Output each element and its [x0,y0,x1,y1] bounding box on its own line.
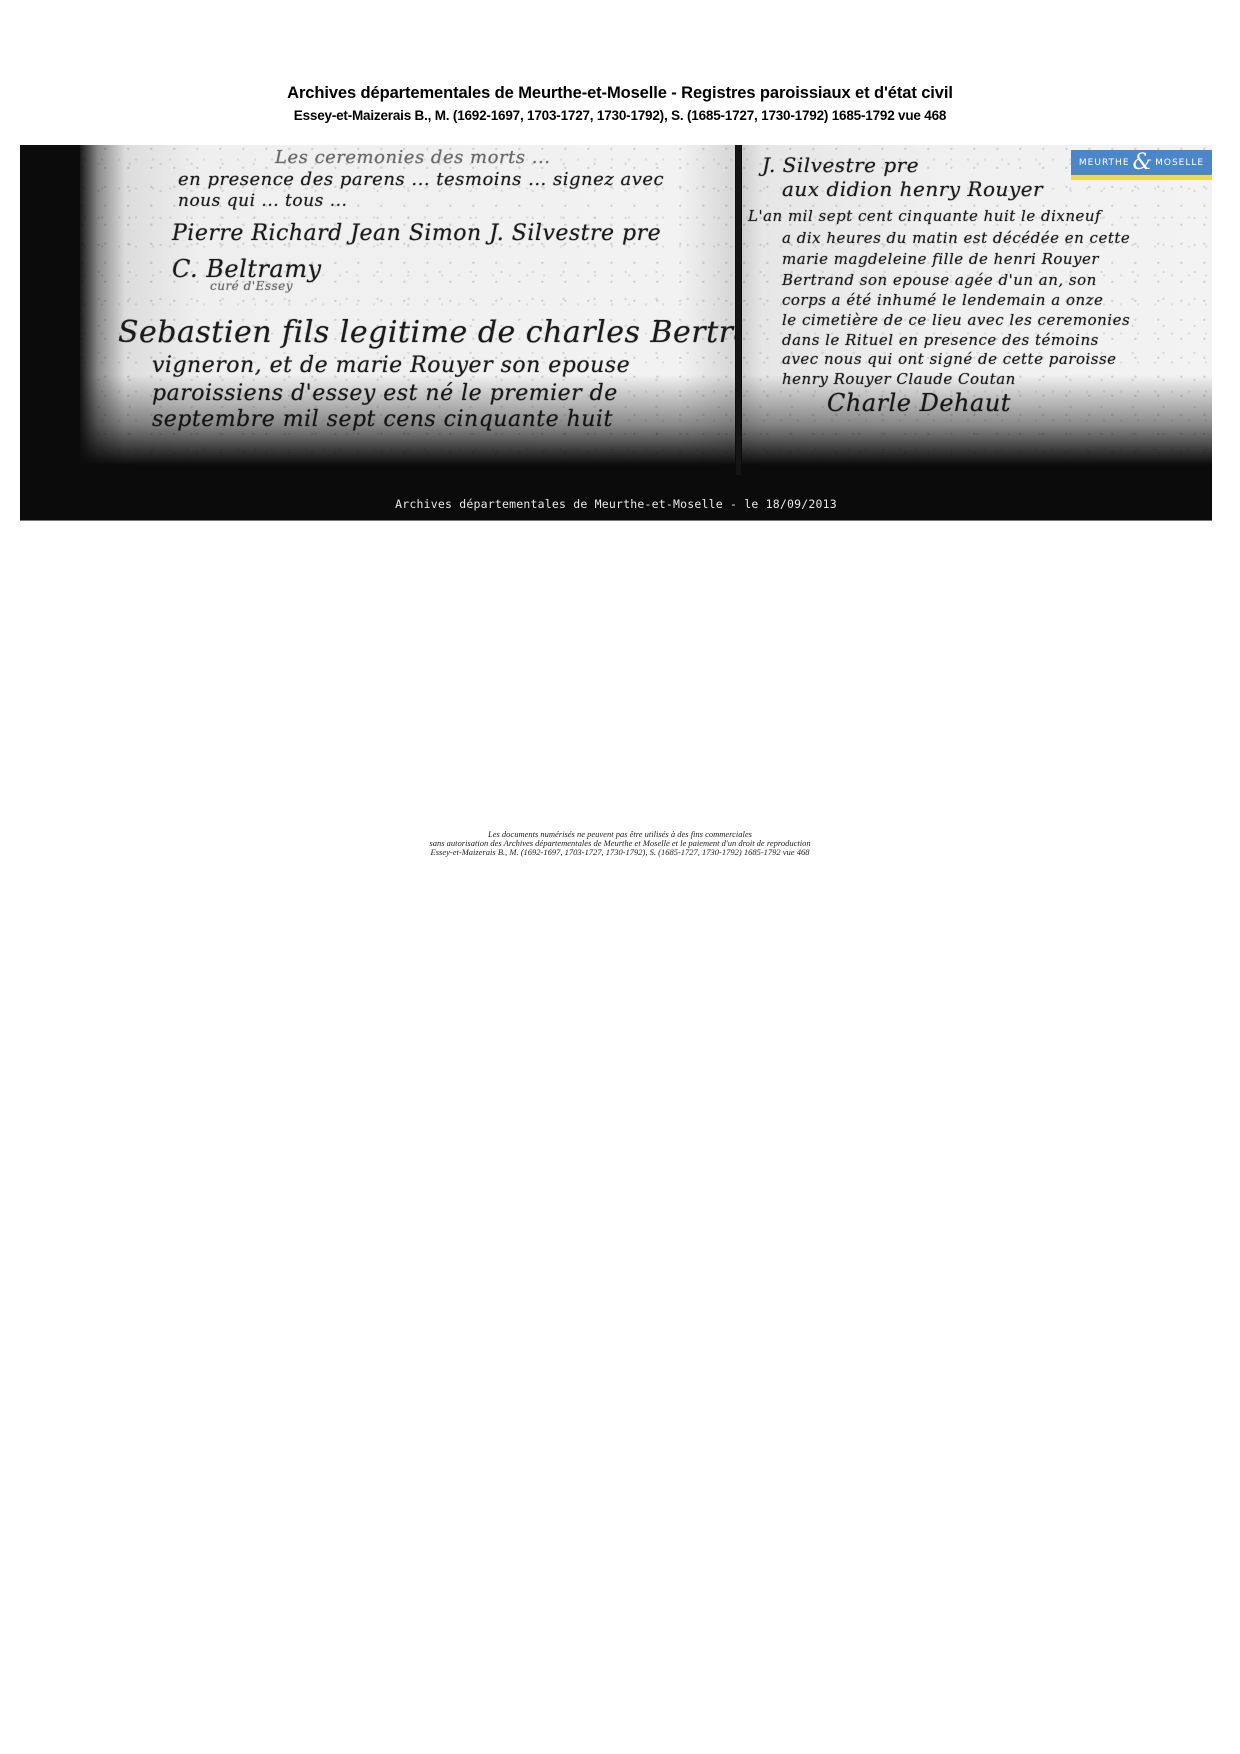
logo-ampersand: & [1133,152,1153,174]
logo-text-left: MEURTHE [1079,158,1130,168]
meurthe-et-moselle-logo: MEURTHE & MOSELLE [1071,150,1212,180]
handwritten-line: dans le Rituel en presence des témoins [782,331,1099,349]
handwritten-line: L'an mil sept cent cinquante huit le dix… [748,207,1101,225]
shadow-fade [80,375,735,465]
handwritten-line: nous qui ... tous ... [178,191,347,211]
left-page: Les ceremonies des morts ... en presence… [80,145,735,465]
handwritten-line: corps a été inhumé le lendemain a onze [782,291,1103,309]
logo-text-right: MOSELLE [1155,158,1204,168]
book-gutter [736,145,741,475]
archive-title: Archives départementales de Meurthe-et-M… [0,84,1240,103]
record-margin-name: Sebastien fils legitime de charles Bertr… [118,315,735,350]
handwritten-line: avec nous qui ont signé de cette paroiss… [782,350,1117,368]
handwritten-line: a dix heures du matin est décédée en cet… [782,229,1130,247]
handwritten-line: J. Silvestre pre [762,153,919,177]
signature-line: Pierre Richard Jean Simon J. Silvestre p… [172,221,661,246]
handwritten-line: marie magdeleine fille de henri Rouyer [782,250,1099,268]
handwritten-line: Bertrand son epouse agée d'un an, son [782,271,1097,289]
usage-notice: Les documents numérisés ne peuvent pas ê… [0,830,1240,857]
register-subtitle: Essey-et-Maizerais B., M. (1692-1697, 17… [0,108,1240,123]
handwritten-line: Les ceremonies des morts ... [275,147,550,168]
handwritten-line: aux didion henry Rouyer [782,177,1043,201]
right-page: J. Silvestre pre aux didion henry Rouyer… [742,145,1212,465]
scan-watermark-caption: Archives départementales de Meurthe-et-M… [20,497,1212,511]
handwritten-line: en presence des parens ... tesmoins ... … [178,169,664,190]
handwritten-line: le cimetière de ce lieu avec les ceremon… [782,311,1130,329]
notice-line-3: Essey-et-Maizerais B., M. (1692-1697, 17… [0,848,1240,857]
register-scan-image: Les ceremonies des morts ... en presence… [20,145,1212,521]
handwritten-line: curé d'Essey [210,279,293,293]
shadow-fade [742,375,1212,465]
